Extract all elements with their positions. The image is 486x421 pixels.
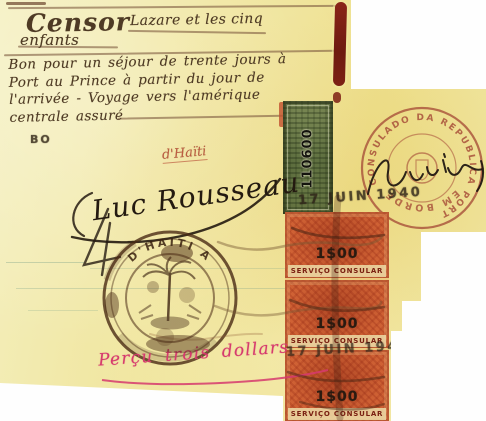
fiscal-stamp-band: SERVIÇO CONSULAR — [288, 265, 386, 277]
fiscal-stamp-2: 1$00 SERVIÇO CONSULAR — [285, 280, 389, 348]
signature-lead-flourish — [73, 193, 92, 236]
ruled-line — [6, 2, 46, 5]
palm-trunk-icon — [168, 273, 170, 321]
printed-fragment: BO — [30, 133, 52, 146]
haiti-consul-signature: Luc Rousseau — [89, 165, 302, 227]
fiscal-stamp-value: 1$00 — [285, 316, 389, 332]
fiscal-stamp-band: SERVIÇO CONSULAR — [288, 408, 386, 420]
ring-smudge — [107, 243, 135, 280]
ink-blotch — [179, 287, 195, 303]
ruled-line — [128, 30, 266, 34]
fee-note-underline — [100, 362, 340, 392]
emblem-mound — [151, 317, 189, 329]
fiscal-stamp-1: 1$00 SERVIÇO CONSULAR — [285, 212, 389, 278]
form-line — [28, 310, 98, 311]
visa-text-block: Bon pour un séjour de trente jours à Por… — [8, 51, 287, 127]
ink-blotch — [105, 292, 119, 318]
ink-blotch — [147, 281, 159, 293]
family-rest-handwriting: Lazare et les cinq — [130, 11, 263, 29]
document-scan: Censor Lazare et les cinq enfants Bon po… — [0, 0, 486, 421]
ink-blotch — [156, 328, 174, 346]
paper-sheet: Censor Lazare et les cinq enfants Bon po… — [0, 0, 486, 421]
family-line2-handwriting: enfants — [20, 31, 79, 49]
binding-edge-strip — [333, 2, 347, 86]
fiscal-stamp-value: 1$00 — [285, 246, 389, 262]
